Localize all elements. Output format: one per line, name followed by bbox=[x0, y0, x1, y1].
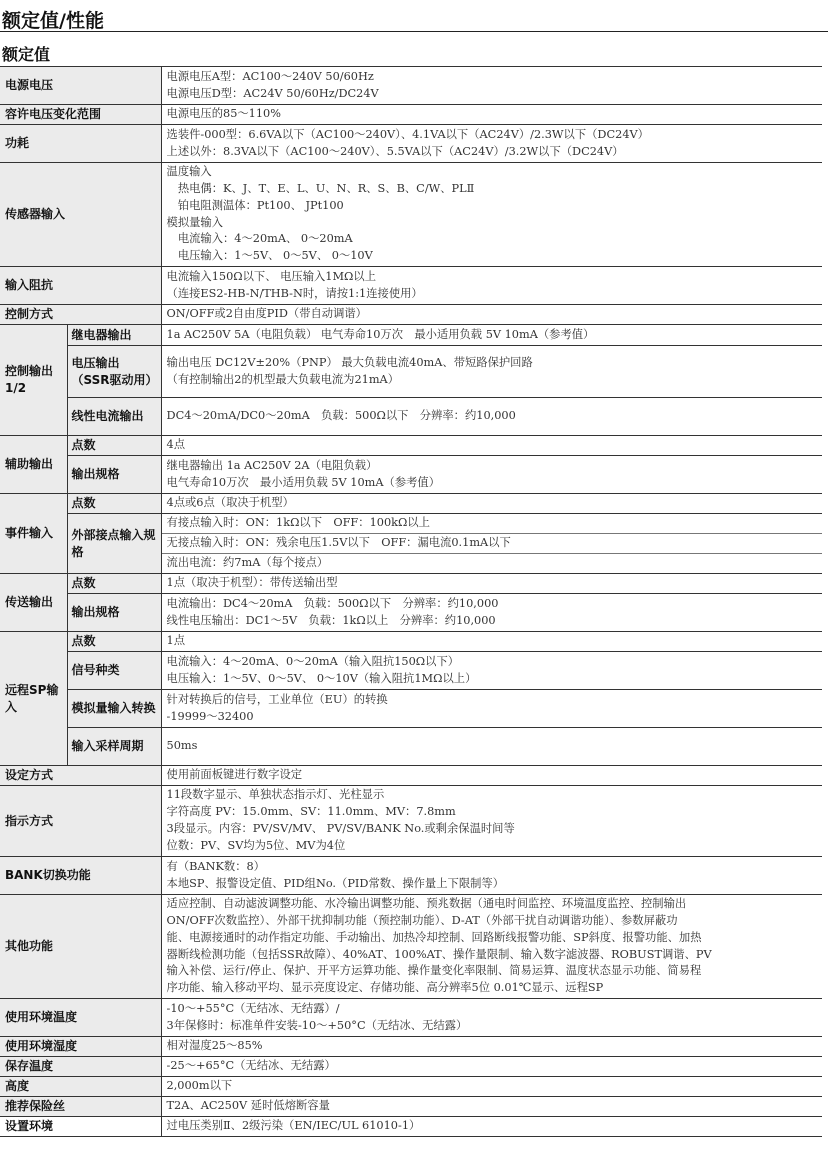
table-row: 指示方式 11段数字显示、单独状态指示灯、光柱显示 字符高度 PV：15.0mm… bbox=[0, 786, 822, 857]
value-line: 输出电压 DC12V±20%（PNP） 最大负载电流40mA、带短路保护回路 bbox=[167, 355, 818, 372]
table-row: 输出规格 继电器输出 1a AC250V 2A（电阻负载） 电气寿命10万次 最… bbox=[0, 456, 822, 494]
table-row: 其他功能 适应控制、自动滤波调整功能、水冷输出调整功能、预兆数据（通电时间监控、… bbox=[0, 895, 822, 999]
value-line: 4点或6点（取决于机型） bbox=[167, 495, 818, 512]
row-value: 温度输入 热电偶：K、J、T、E、L、U、N、R、S、B、C/W、PLⅡ 铂电阻… bbox=[161, 163, 822, 267]
table-row: 推荐保险丝 T2A、AC250V 延时低熔断容量 bbox=[0, 1097, 822, 1117]
row-label: 控制方式 bbox=[0, 305, 161, 325]
value-line: 线性电压输出：DC1～5V 负载：1kΩ以上 分辨率：约10,000 bbox=[167, 613, 818, 630]
value-line: 位数：PV、SV均为5位、MV为4位 bbox=[167, 838, 818, 855]
value-line: 器断线检测功能（包括SSR故障）、40%AT、100%AT、操作量限制、输入数字… bbox=[167, 947, 818, 964]
value-line: 过电压类别Ⅱ、2级污染（EN/IEC/UL 61010-1） bbox=[167, 1118, 818, 1135]
table-row: 传送输出 点数 1点（取决于机型）：带传送输出型 bbox=[0, 574, 822, 594]
row-value: 4点 bbox=[161, 436, 822, 456]
row-value: 有接点输入时：ON：1kΩ以下 OFF：100kΩ以上 bbox=[161, 514, 822, 534]
value-line: 3年保修时：标准单件安装-10～+50°C（无结冰、无结露） bbox=[167, 1018, 818, 1035]
row-value: 1点（取决于机型）：带传送输出型 bbox=[161, 574, 822, 594]
table-row: 输出规格 电流输出：DC4～20mA 负载：500Ω以下 分辨率：约10,000… bbox=[0, 594, 822, 632]
row-value: 50ms bbox=[161, 728, 822, 766]
table-row: 设定方式 使用前面板键进行数字设定 bbox=[0, 766, 822, 786]
section-title: 额定值 bbox=[2, 42, 50, 65]
group-label: 辅助输出 bbox=[0, 436, 67, 494]
value-line: -25～+65°C（无结冰、无结露） bbox=[167, 1058, 818, 1075]
value-line: 流出电流：约7mA（每个接点） bbox=[167, 555, 818, 572]
value-line: 本地SP、报警设定值、PID组No.（PID常数、操作量上下限制等） bbox=[167, 876, 818, 893]
row-label: 指示方式 bbox=[0, 786, 161, 857]
row-value: 电源电压的85～110% bbox=[161, 105, 822, 125]
value-line: 电压输入：1～5V、0～5V、 0～10V（输入阻抗1MΩ以上） bbox=[167, 671, 818, 688]
value-line: ON/OFF或2自由度PID（带自动调谐） bbox=[167, 306, 818, 323]
row-value: 针对转换后的信号，工业单位（EU）的转换 -19999～32400 bbox=[161, 690, 822, 728]
table-row: 线性电流输出 DC4～20ｍA/DC0～20mA 负载：500Ω以下 分辨率：约… bbox=[0, 398, 822, 436]
value-line: 4点 bbox=[167, 437, 818, 454]
table-row: 容许电压变化范围 电源电压的85～110% bbox=[0, 105, 822, 125]
value-line: 适应控制、自动滤波调整功能、水冷输出调整功能、预兆数据（通电时间监控、环境温度监… bbox=[167, 896, 818, 913]
value-line: 上述以外：8.3VA以下（AC100～240V）、5.5VA以下（AC24V）/… bbox=[167, 144, 818, 161]
value-line: 电源电压D型：AC24V 50/60Hz/DC24V bbox=[167, 86, 818, 103]
row-label: 设置环境 bbox=[0, 1117, 161, 1137]
row-value: ON/OFF或2自由度PID（带自动调谐） bbox=[161, 305, 822, 325]
row-label: 使用环境温度 bbox=[0, 999, 161, 1037]
row-value: 电流输出：DC4～20mA 负载：500Ω以下 分辨率：约10,000 线性电压… bbox=[161, 594, 822, 632]
row-value: 选装件-000型：6.6VA以下（AC100～240V）、4.1VA以下（AC2… bbox=[161, 125, 822, 163]
value-line: 铂电阻测温体：Pt100、 JPt100 bbox=[167, 198, 818, 215]
table-row: 传感器输入 温度输入 热电偶：K、J、T、E、L、U、N、R、S、B、C/W、P… bbox=[0, 163, 822, 267]
value-line: 继电器输出 1a AC250V 2A（电阻负载） bbox=[167, 458, 818, 475]
table-row: 辅助输出 点数 4点 bbox=[0, 436, 822, 456]
row-label: 设定方式 bbox=[0, 766, 161, 786]
row-value: 过电压类别Ⅱ、2级污染（EN/IEC/UL 61010-1） bbox=[161, 1117, 822, 1137]
sub-label: 模拟量输入转换 bbox=[67, 690, 161, 728]
value-line: 11段数字显示、单独状态指示灯、光柱显示 bbox=[167, 787, 818, 804]
row-value: 电流输入150Ω以下、 电压输入1MΩ以上 （连接ES2-HB-N/THB-N时… bbox=[161, 267, 822, 305]
row-label: 使用环境湿度 bbox=[0, 1037, 161, 1057]
row-label: 电源电压 bbox=[0, 67, 161, 105]
row-value: 无接点输入时：ON：残余电压1.5V以下 OFF：漏电流0.1mA以下 bbox=[161, 534, 822, 554]
group-label: 事件输入 bbox=[0, 494, 67, 574]
value-line: 50ms bbox=[167, 738, 818, 755]
table-row: 信号种类 电流输入：4～20mA、0～20mA（输入阻抗150Ω以下） 电压输入… bbox=[0, 652, 822, 690]
value-line: 针对转换后的信号，工业单位（EU）的转换 bbox=[167, 692, 818, 709]
value-line: 电源电压A型：AC100～240V 50/60Hz bbox=[167, 69, 818, 86]
table-row: 保存温度 -25～+65°C（无结冰、无结露） bbox=[0, 1057, 822, 1077]
value-line: 有接点输入时：ON：1kΩ以下 OFF：100kΩ以上 bbox=[167, 515, 818, 532]
group-label: 传送输出 bbox=[0, 574, 67, 632]
group-label: 远程SP输入 bbox=[0, 632, 67, 766]
row-value: 11段数字显示、单独状态指示灯、光柱显示 字符高度 PV：15.0mm、SV：1… bbox=[161, 786, 822, 857]
value-line: 相对湿度25～85% bbox=[167, 1038, 818, 1055]
row-label: 保存温度 bbox=[0, 1057, 161, 1077]
table-row: 设置环境 过电压类别Ⅱ、2级污染（EN/IEC/UL 61010-1） bbox=[0, 1117, 822, 1137]
sub-label: 输出规格 bbox=[67, 456, 161, 494]
group-label: 控制输出1/2 bbox=[0, 325, 67, 436]
page-title: 额定值/性能 bbox=[2, 6, 104, 33]
sub-label: 线性电流输出 bbox=[67, 398, 161, 436]
value-line: 序功能、输入移动平均、显示亮度设定、存储功能、高分辨率5位 0.01℃显示、远程… bbox=[167, 980, 818, 997]
table-row: 事件输入 点数 4点或6点（取决于机型） bbox=[0, 494, 822, 514]
row-value: 适应控制、自动滤波调整功能、水冷输出调整功能、预兆数据（通电时间监控、环境温度监… bbox=[161, 895, 822, 999]
value-line: 2,000m以下 bbox=[167, 1078, 818, 1095]
table-row: 模拟量输入转换 针对转换后的信号，工业单位（EU）的转换 -19999～3240… bbox=[0, 690, 822, 728]
row-label: 功耗 bbox=[0, 125, 161, 163]
row-label: 容许电压变化范围 bbox=[0, 105, 161, 125]
sub-label: 外部接点输入规格 bbox=[67, 514, 161, 574]
row-value: 有（BANK数：8） 本地SP、报警设定值、PID组No.（PID常数、操作量上… bbox=[161, 857, 822, 895]
value-line: 1点（取决于机型）：带传送输出型 bbox=[167, 575, 818, 592]
value-line: ON/OFF次数监控）、外部干扰抑制功能（预控制功能）、D-AT（外部干扰自动调… bbox=[167, 913, 818, 930]
value-line: 输入补偿、运行/停止、保护、开平方运算功能、操作量变化率限制、简易运算、温度状态… bbox=[167, 963, 818, 980]
table-row: 高度 2,000m以下 bbox=[0, 1077, 822, 1097]
row-label: 其他功能 bbox=[0, 895, 161, 999]
value-line: 能、电源接通时的动作指定功能、手动输出、加热冷却控制、回路断线报警功能、SP斜度… bbox=[167, 930, 818, 947]
row-value: 2,000m以下 bbox=[161, 1077, 822, 1097]
value-line: 模拟量输入 bbox=[167, 215, 818, 232]
value-line: 使用前面板键进行数字设定 bbox=[167, 767, 818, 784]
ratings-table: 电源电压 电源电压A型：AC100～240V 50/60Hz 电源电压D型：AC… bbox=[0, 66, 822, 1137]
value-line: （有控制输出2的机型最大负载电流为21mA） bbox=[167, 372, 818, 389]
value-line: 热电偶：K、J、T、E、L、U、N、R、S、B、C/W、PLⅡ bbox=[167, 181, 818, 198]
table-row: 电压输出（SSR驱动用） 输出电压 DC12V±20%（PNP） 最大负载电流4… bbox=[0, 346, 822, 398]
value-line: （连接ES2-HB-N/THB-N时，请按1:1连接使用） bbox=[167, 286, 818, 303]
row-label: 传感器输入 bbox=[0, 163, 161, 267]
table-row: 控制输出1/2 继电器输出 1a AC250V 5A（电阻负载） 电气寿命10万… bbox=[0, 325, 822, 346]
row-value: 4点或6点（取决于机型） bbox=[161, 494, 822, 514]
row-value: 1点 bbox=[161, 632, 822, 652]
value-line: 电压输入：1～5V、 0～5V、 0～10V bbox=[167, 248, 818, 265]
row-value: 电源电压A型：AC100～240V 50/60Hz 电源电压D型：AC24V 5… bbox=[161, 67, 822, 105]
value-line: 无接点输入时：ON：残余电压1.5V以下 OFF：漏电流0.1mA以下 bbox=[167, 535, 818, 552]
value-line: 电流输出：DC4～20mA 负载：500Ω以下 分辨率：约10,000 bbox=[167, 596, 818, 613]
value-line: 电气寿命10万次 最小适用负载 5V 10mA（参考值） bbox=[167, 475, 818, 492]
value-line: 电流输入150Ω以下、 电压输入1MΩ以上 bbox=[167, 269, 818, 286]
table-row: 输入阻抗 电流输入150Ω以下、 电压输入1MΩ以上 （连接ES2-HB-N/T… bbox=[0, 267, 822, 305]
value-line: T2A、AC250V 延时低熔断容量 bbox=[167, 1098, 818, 1115]
sub-label: 继电器输出 bbox=[67, 325, 161, 346]
sub-label: 点数 bbox=[67, 436, 161, 456]
sub-label: 输出规格 bbox=[67, 594, 161, 632]
table-row: 外部接点输入规格 有接点输入时：ON：1kΩ以下 OFF：100kΩ以上 bbox=[0, 514, 822, 534]
value-line: 温度输入 bbox=[167, 164, 818, 181]
value-line: 3段显示。内容：PV/SV/MV、 PV/SV/BANK No.或剩余保温时间等 bbox=[167, 821, 818, 838]
table-row: BANK切换功能 有（BANK数：8） 本地SP、报警设定值、PID组No.（P… bbox=[0, 857, 822, 895]
sub-label: 信号种类 bbox=[67, 652, 161, 690]
row-value: T2A、AC250V 延时低熔断容量 bbox=[161, 1097, 822, 1117]
table-row: 使用环境湿度 相对湿度25～85% bbox=[0, 1037, 822, 1057]
sub-label: 输入采样周期 bbox=[67, 728, 161, 766]
row-value: -10～+55°C（无结冰、无结露）/ 3年保修时：标准单件安装-10～+50°… bbox=[161, 999, 822, 1037]
title-divider bbox=[0, 31, 828, 32]
row-label: BANK切换功能 bbox=[0, 857, 161, 895]
row-value: 使用前面板键进行数字设定 bbox=[161, 766, 822, 786]
row-label: 输入阻抗 bbox=[0, 267, 161, 305]
row-value: 流出电流：约7mA（每个接点） bbox=[161, 554, 822, 574]
value-line: 电流输入：4～20mA、 0～20mA bbox=[167, 231, 818, 248]
row-value: 继电器输出 1a AC250V 2A（电阻负载） 电气寿命10万次 最小适用负载… bbox=[161, 456, 822, 494]
row-value: -25～+65°C（无结冰、无结露） bbox=[161, 1057, 822, 1077]
value-line: 电源电压的85～110% bbox=[167, 106, 818, 123]
sub-label: 电压输出（SSR驱动用） bbox=[67, 346, 161, 398]
value-line: 选装件-000型：6.6VA以下（AC100～240V）、4.1VA以下（AC2… bbox=[167, 127, 818, 144]
row-value: 1a AC250V 5A（电阻负载） 电气寿命10万次 最小适用负载 5V 10… bbox=[161, 325, 822, 346]
value-line: -19999～32400 bbox=[167, 709, 818, 726]
row-label: 高度 bbox=[0, 1077, 161, 1097]
table-row: 电源电压 电源电压A型：AC100～240V 50/60Hz 电源电压D型：AC… bbox=[0, 67, 822, 105]
table-row: 输入采样周期 50ms bbox=[0, 728, 822, 766]
sub-label: 点数 bbox=[67, 632, 161, 652]
value-line: DC4～20ｍA/DC0～20mA 负载：500Ω以下 分辨率：约10,000 bbox=[167, 408, 818, 425]
value-line: 电流输入：4～20mA、0～20mA（输入阻抗150Ω以下） bbox=[167, 654, 818, 671]
row-value: 输出电压 DC12V±20%（PNP） 最大负载电流40mA、带短路保护回路 （… bbox=[161, 346, 822, 398]
row-value: 相对湿度25～85% bbox=[161, 1037, 822, 1057]
value-line: 字符高度 PV：15.0mm、SV：11.0mm、MV：7.8mm bbox=[167, 804, 818, 821]
table-row: 控制方式 ON/OFF或2自由度PID（带自动调谐） bbox=[0, 305, 822, 325]
table-row: 使用环境温度 -10～+55°C（无结冰、无结露）/ 3年保修时：标准单件安装-… bbox=[0, 999, 822, 1037]
value-line: 1点 bbox=[167, 633, 818, 650]
row-value: 电流输入：4～20mA、0～20mA（输入阻抗150Ω以下） 电压输入：1～5V… bbox=[161, 652, 822, 690]
value-line: -10～+55°C（无结冰、无结露）/ bbox=[167, 1001, 818, 1018]
sub-label: 点数 bbox=[67, 494, 161, 514]
sub-label: 点数 bbox=[67, 574, 161, 594]
table-row: 功耗 选装件-000型：6.6VA以下（AC100～240V）、4.1VA以下（… bbox=[0, 125, 822, 163]
row-label: 推荐保险丝 bbox=[0, 1097, 161, 1117]
value-line: 1a AC250V 5A（电阻负载） 电气寿命10万次 最小适用负载 5V 10… bbox=[167, 327, 818, 344]
value-line: 有（BANK数：8） bbox=[167, 859, 818, 876]
table-row: 远程SP输入 点数 1点 bbox=[0, 632, 822, 652]
row-value: DC4～20ｍA/DC0～20mA 负载：500Ω以下 分辨率：约10,000 bbox=[161, 398, 822, 436]
